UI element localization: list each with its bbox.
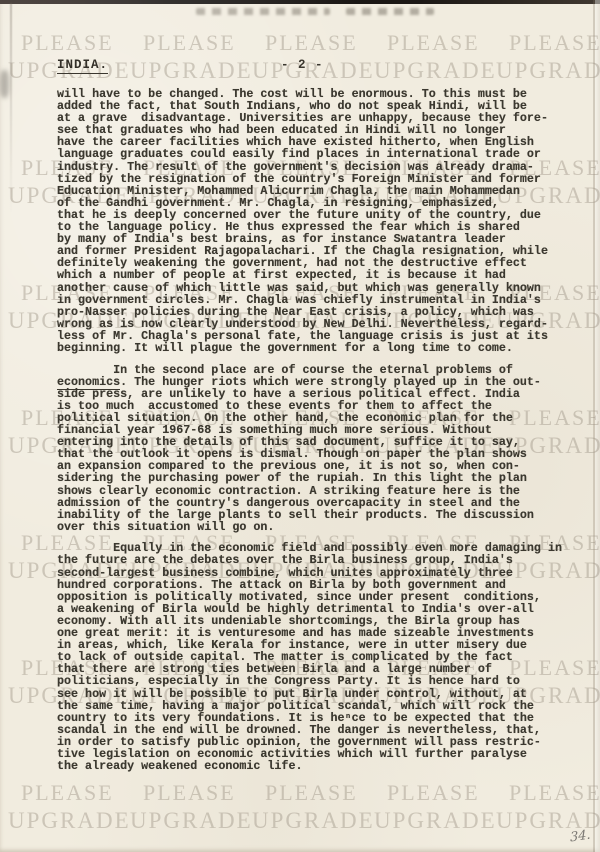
text-line: which a number of people at first expect… [57,269,567,281]
text-line: admission of the country's dangerous ove… [57,497,567,509]
text-line: shows clearly economic contraction. A st… [57,485,567,497]
text-line: In the second place are of course the et… [57,364,567,376]
text-line: the already weakened economic life. [57,760,567,772]
text-line: beginning. It will plague the government… [57,342,567,354]
text-line: see how it will be possible to put Birla… [57,688,567,700]
text-line: another cause of which little was said, … [57,282,567,294]
text-line: economics. The hunger riots which were s… [57,376,567,388]
text-line: language graduates could easily find pla… [57,148,567,160]
paragraph-language-crisis: will have to be changed. The cost will b… [57,88,567,354]
text-line: politicians, especially in the Congress … [57,675,567,687]
text-line: country to its very foundations. It is h… [57,712,567,724]
document-header: INDIA. - 2 - [0,58,600,74]
document-content: INDIA. - 2 - will have to be changed. Th… [0,0,600,852]
text-line: over this situation will go on. [57,521,567,533]
text-line: second-largest business combine, which u… [57,567,567,579]
text-line: the future are the debates over the Birl… [57,554,567,566]
document-title: INDIA. [57,58,108,74]
document-body: will have to be changed. The cost will b… [57,88,567,782]
text-line: hundred corporations. The attack on Birl… [57,579,567,591]
paragraph-economics: In the second place are of course the et… [57,364,567,533]
text-line: sidering the purchasing power of the rup… [57,472,567,484]
text-line: pro-Nasser policies during the Near East… [57,306,567,318]
text-line: in government circles. Mr. Chagla was ch… [57,294,567,306]
paragraph-birla-group: Equally in the economic field and possib… [57,542,567,772]
page-number: - 2 - [281,58,324,72]
handwritten-page-number: 34. [570,828,591,846]
text-line: inability of the large plants to sell th… [57,509,567,521]
text-line: the same time, having a major political … [57,700,567,712]
text-line: industry. The result of the government's… [57,161,567,173]
text-line: tized by the resignation of the country'… [57,173,567,185]
scanned-document-page: PLEASEUPGRADEPLEASEUPGRADEPLEASEUPGRADEP… [0,0,600,852]
